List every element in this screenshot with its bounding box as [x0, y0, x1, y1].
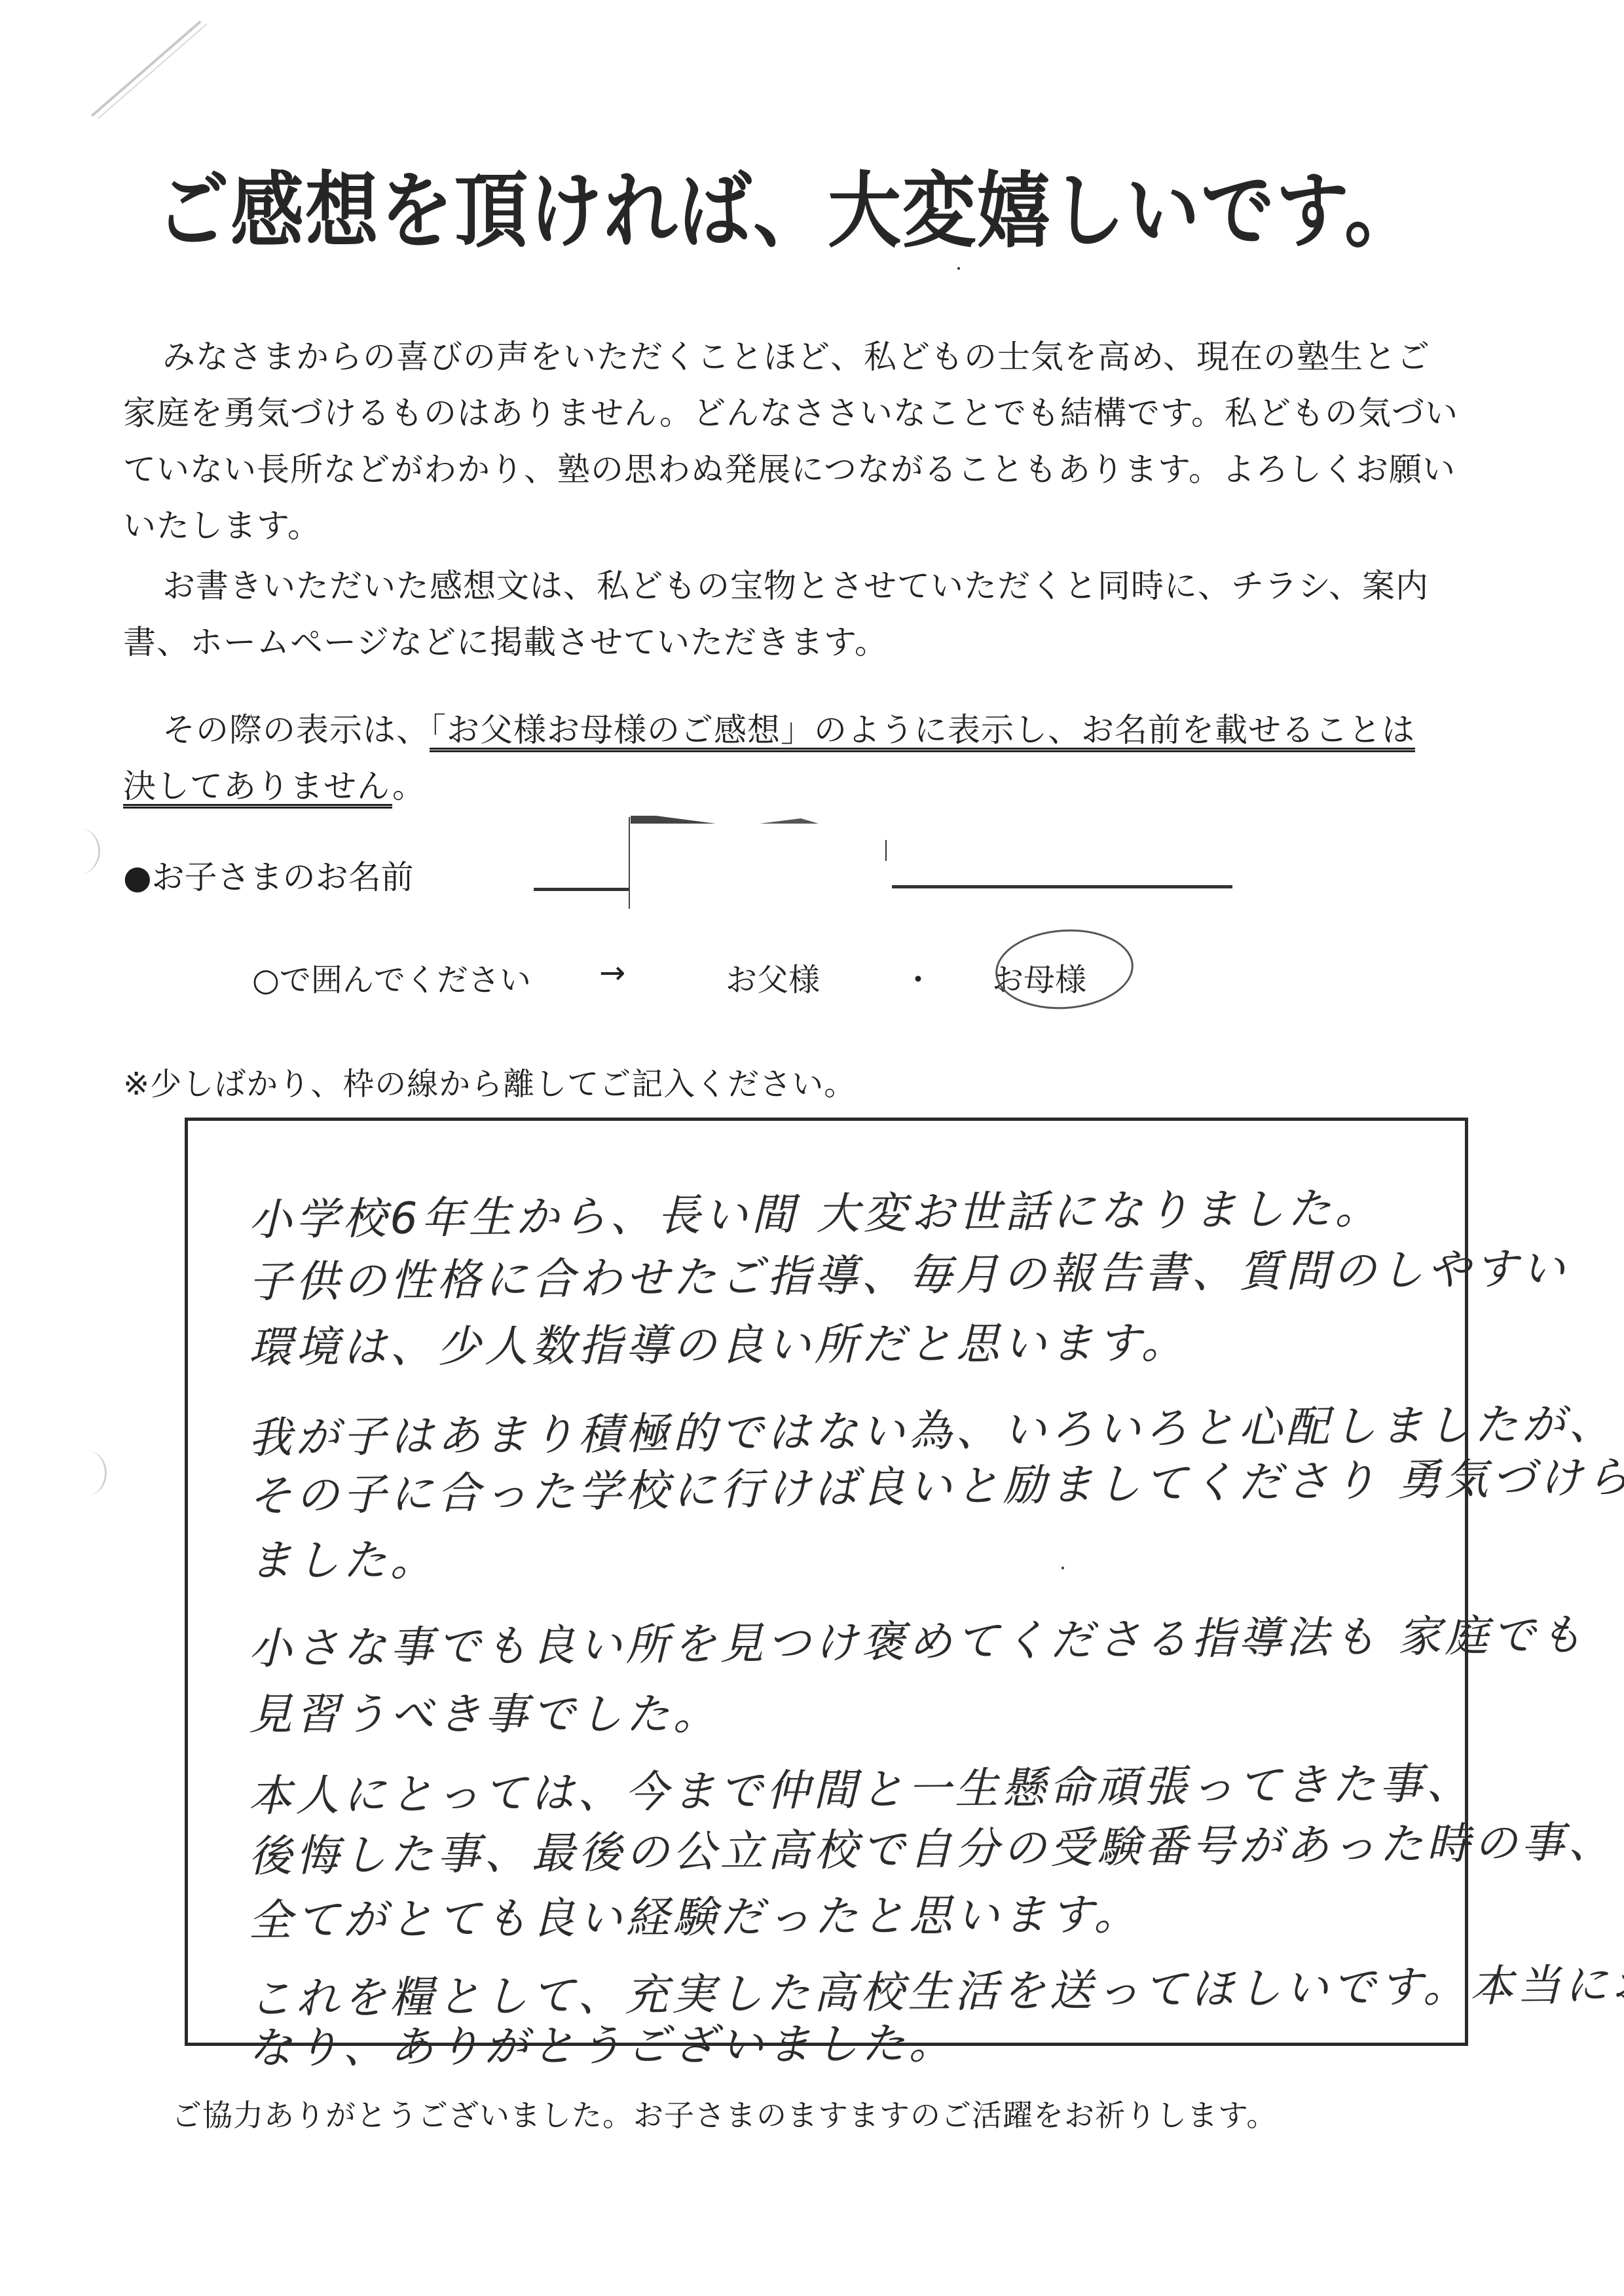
comment-line-1: 小学校6年生から、長い間 大変お世話になりました。 [248, 1173, 1382, 1247]
privacy-paragraph: その際の表示は、「お父様お母様のご感想」のように表示し、お名前を載せることは 決… [123, 702, 1498, 814]
comment-line-6: ました。 [249, 1525, 437, 1588]
privacy-line-2: 決してありません。 [123, 758, 1498, 814]
child-name-field-underline[interactable] [534, 888, 629, 891]
punch-hole-mark [65, 1450, 107, 1496]
scan-artifact-line [91, 20, 202, 117]
writing-note: ※少しばかり、枠の線から離してご記入ください。 [123, 1059, 856, 1104]
comment-line-3: 環境は、少人数指導の良い所だと思います。 [249, 1307, 1189, 1375]
selected-circle-mark [993, 925, 1136, 1013]
privacy-underlined-text: 決してありません [123, 767, 392, 805]
intro-line-1: みなさまからの喜びの声をいただくことほど、私どもの士気を高め、現在の塾生とご [123, 329, 1498, 385]
privacy-underlined-text: 「お父様お母様のご感想」のように表示し、お名前を載せることは [430, 711, 1415, 749]
closing-message: ご協力ありがとうございました。お子さまのますますのご活躍をお祈りします。 [172, 2092, 1277, 2135]
comment-line-13: なり、ありがとうございました。 [248, 2008, 956, 2075]
comment-line-8: 見習うべき事でした。 [249, 1679, 720, 1741]
comment-line-11: 全てがとても良い経験だったと思います。 [248, 1879, 1141, 1948]
child-name-field-underline[interactable] [892, 885, 1232, 888]
scan-artifact-line [98, 24, 207, 119]
intro-line-4: いたします。 [123, 498, 1498, 554]
page-title: ご感想を頂ければ、大変嬉しいです。 [156, 145, 1505, 263]
usage-paragraph: お書きいただいた感想文は、私どもの宝物とさせていただくと同時に、チラシ、案内 書… [123, 558, 1498, 670]
usage-line-2: 書、ホームページなどに掲載させていただきます。 [123, 614, 1498, 670]
arrow-icon: → [599, 955, 625, 991]
intro-paragraph: みなさまからの喜びの声をいただくことほど、私どもの士気を高め、現在の塾生とご 家… [123, 329, 1498, 554]
usage-line-1: お書きいただいた感想文は、私どもの宝物とさせていただくと同時に、チラシ、案内 [123, 558, 1498, 614]
redaction-artifact [885, 840, 887, 861]
circle-instruction: ○で囲んでください [252, 955, 531, 1000]
intro-line-3: ていない長所などがわかり、塾の思わぬ発展につながることもあります。よろしくお願い [123, 441, 1498, 498]
scan-speck [1061, 1567, 1064, 1569]
punch-hole-mark [59, 828, 100, 874]
privacy-line-1: その際の表示は、「お父様お母様のご感想」のように表示し、お名前を載せることは [123, 702, 1498, 758]
scan-speck [957, 267, 960, 270]
option-father[interactable]: お父様 [726, 955, 820, 1000]
intro-line-2: 家庭を勇気づけるものはありません。どんなささいなことでも結構です。私どもの気づい [123, 385, 1498, 441]
child-name-redacted-area [629, 817, 889, 909]
option-separator: ・ [902, 955, 934, 1000]
child-name-label: ●お子さまのお名前 [123, 851, 414, 898]
